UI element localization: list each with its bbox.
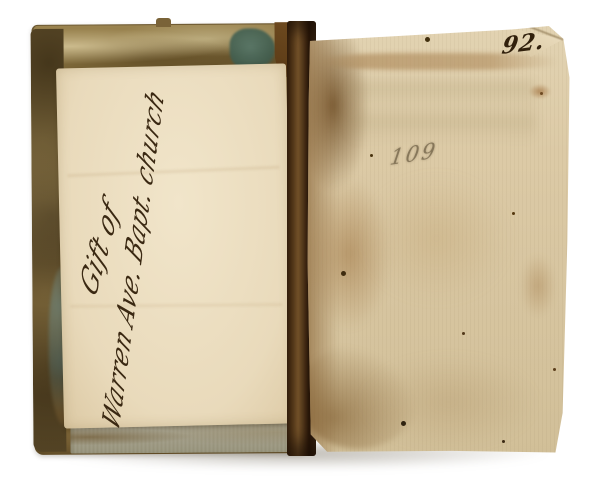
book-photo: Gift of Warren Ave. Bapt. church 92. 109 [0, 0, 600, 493]
spine-top-tab [156, 18, 171, 27]
front-board-inside: Gift of Warren Ave. Bapt. church [32, 23, 305, 455]
showthrough-ghost-text [348, 80, 536, 142]
foxing-specks [296, 16, 299, 19]
right-edge-fleck [529, 84, 551, 99]
ink-annotation-corner: 92. [500, 27, 547, 60]
label-crease [71, 303, 283, 308]
bottom-stain-band [361, 356, 536, 448]
right-edge-stain [520, 254, 556, 318]
label-crease [68, 166, 280, 177]
center-stain-blotch [364, 176, 509, 301]
bookplate-label: Gift of Warren Ave. Bapt. church [56, 63, 294, 428]
pencil-annotation: 109 [388, 138, 439, 170]
right-endpaper-page: 92. 109 [306, 26, 570, 456]
